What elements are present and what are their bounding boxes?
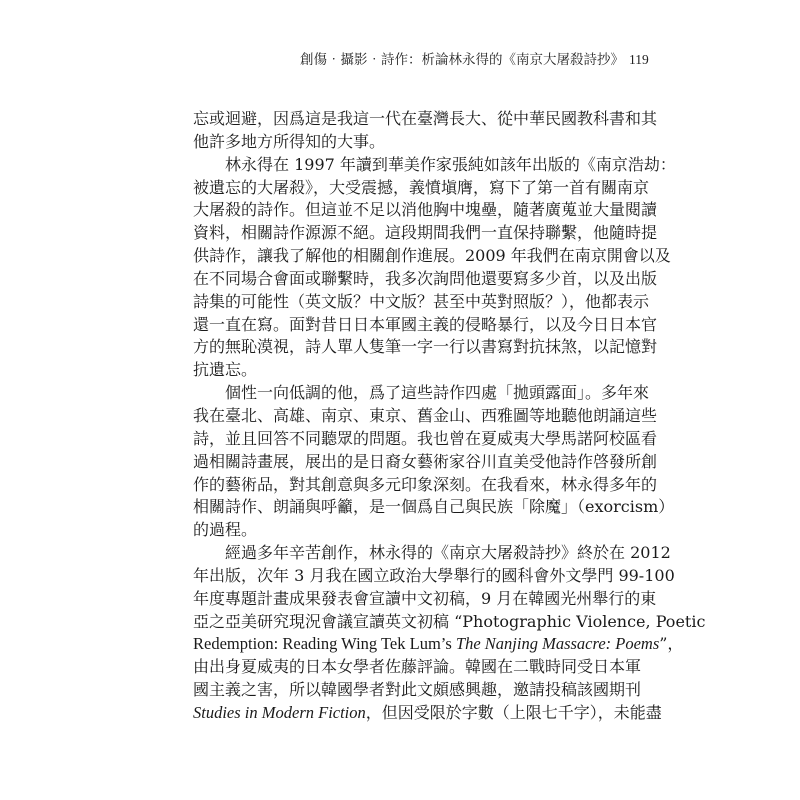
text-line: 資料，相關詩作源源不絕。這段期間我們一直保持聯繫，他隨時提 (193, 222, 617, 245)
running-header: 創傷‧攝影‧詩作：析論林永得的《南京大屠殺詩抄》119 (300, 50, 642, 70)
body-text: 忘或迴避，因爲這是我這一代在臺灣長大、從中華民國教科書和其 他許多地方所得知的大… (193, 108, 617, 725)
text-line: 由出身夏威夷的日本女學者佐藤評論。韓國在二戰時同受日本軍 (193, 656, 617, 679)
book-title: The Nanjing Massacre: Poems (456, 634, 659, 653)
running-title: 創傷‧攝影‧詩作：析論林永得的《南京大屠殺詩抄》 (300, 52, 624, 68)
text-line: 詩，並且回答不同聽眾的問題。我也曾在夏威夷大學馬諾阿校區看 (193, 428, 617, 451)
text-line: Redemption: Reading Wing Tek Lum’s The N… (193, 633, 617, 656)
text-line: 抗遺忘。 (193, 359, 617, 382)
text-line: 亞之亞美研究現況會議宣讀英文初稿 “Photographic Violence,… (193, 611, 617, 634)
text-line: 還一直在寫。面對昔日日本軍國主義的侵略暴行，以及今日日本官 (193, 314, 617, 337)
paragraph-start-line: 經過多年辛苦創作，林永得的《南京大屠殺詩抄》終於在 2012 (193, 542, 617, 565)
text-line: 作的藝術品，對其創意與多元印象深刻。在我看來，林永得多年的 (193, 474, 617, 497)
text-line: 年度專題計畫成果發表會宣讀中文初稿，9 月在韓國光州舉行的東 (193, 588, 617, 611)
text-segment: Redemption: Reading Wing Tek Lum’s (193, 634, 456, 653)
text-line: Studies in Modern Fiction，但因受限於字數（上限七千字）… (193, 702, 617, 725)
text-line: 過相關詩畫展，展出的是日裔女藝術家谷川直美受他詩作啓發所創 (193, 451, 617, 474)
text-line: 方的無恥漠視，詩人單人隻筆一字一行以書寫對抗抹煞，以記憶對 (193, 336, 617, 359)
text-line: 年出版，次年 3 月我在國立政治大學舉行的國科會外文學門 99-100 (193, 565, 617, 588)
text-line: 我在臺北、高雄、南京、東京、舊金山、西雅圖等地聽他朗誦這些 (193, 405, 617, 428)
text-line: 他許多地方所得知的大事。 (193, 131, 617, 154)
text-line: 忘或迴避，因爲這是我這一代在臺灣長大、從中華民國教科書和其 (193, 108, 617, 131)
text-segment: ”， (659, 634, 683, 653)
text-line: 國主義之害，所以韓國學者對此文頗感興趣，邀請投稿該國期刊 (193, 679, 617, 702)
text-line: 在不同場合會面或聯繫時，我多次詢問他還要寫多少首，以及出版 (193, 268, 617, 291)
paragraph-start-line: 林永得在 1997 年讀到華美作家張純如該年出版的《南京浩劫： (193, 154, 617, 177)
text-line: 供詩作，讓我了解他的相關創作進展。2009 年我們在南京開會以及 (193, 245, 617, 268)
text-line: 大屠殺的詩作。但這並不足以消他胸中塊壘，隨著廣蒐並大量閱讀 (193, 199, 617, 222)
text-line: 相關詩作、朗誦與呼籲，是一個爲自己與民族「除魔」（exorcism） (193, 496, 617, 519)
text-line: 詩集的可能性（英文版？中文版？甚至中英對照版？），他都表示 (193, 291, 617, 314)
text-segment: ，但因受限於字數（上限七千字），未能盡 (366, 703, 662, 722)
text-line: 的過程。 (193, 519, 617, 542)
paragraph-start-line: 個性一向低調的他，爲了這些詩作四處「拋頭露面」。多年來 (193, 382, 617, 405)
page-number: 119 (629, 52, 649, 67)
journal-title: Studies in Modern Fiction (193, 703, 366, 722)
text-line: 被遺忘的大屠殺》，大受震撼，義憤塡膺，寫下了第一首有關南京 (193, 177, 617, 200)
